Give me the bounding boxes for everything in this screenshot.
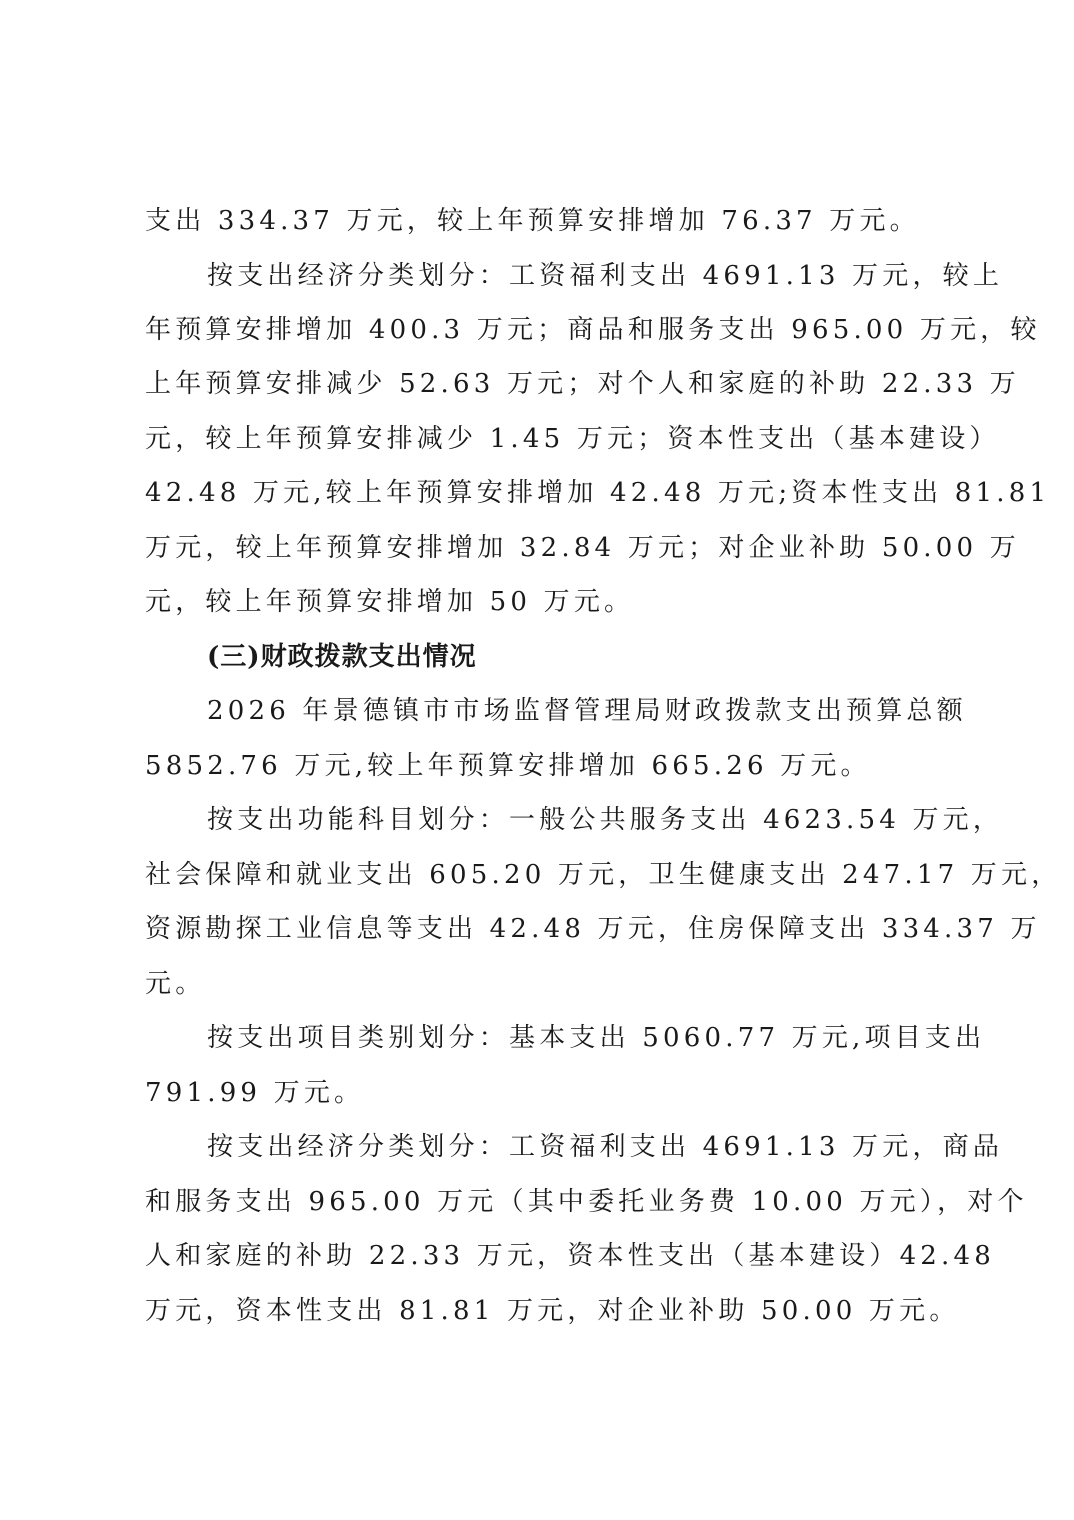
- paragraph-line: 2026 年景德镇市市场监督管理局财政拨款支出预算总额: [207, 694, 967, 728]
- paragraph-line: 按支出功能科目划分：一般公共服务支出 4623.54 万元，: [207, 803, 1003, 837]
- paragraph-line: 资源勘探工业信息等支出 42.48 万元，住房保障支出 334.37 万: [145, 912, 1041, 946]
- paragraph-line: 社会保障和就业支出 605.20 万元，卫生健康支出 247.17 万元，: [145, 858, 1061, 892]
- paragraph-line: 元，较上年预算安排增加 50 万元。: [145, 585, 634, 619]
- paragraph-line: 万元，较上年预算安排增加 32.84 万元；对企业补助 50.00 万: [145, 531, 1020, 565]
- section-heading: (三)财政拨款支出情况: [207, 640, 477, 674]
- paragraph-line: 万元，资本性支出 81.81 万元，对企业补助 50.00 万元。: [145, 1294, 960, 1328]
- paragraph-line: 5852.76 万元,较上年预算安排增加 665.26 万元。: [145, 749, 871, 783]
- paragraph-line: 42.48 万元,较上年预算安排增加 42.48 万元;资本性支出 81.81: [145, 476, 1050, 510]
- paragraph-line: 支出 334.37 万元，较上年预算安排增加 76.37 万元。: [145, 204, 920, 238]
- paragraph-line: 按支出经济分类划分：工资福利支出 4691.13 万元，商品: [207, 1130, 1003, 1164]
- paragraph-line: 和服务支出 965.00 万元（其中委托业务费 10.00 万元），对个: [145, 1185, 1028, 1219]
- paragraph-line: 年预算安排增加 400.3 万元；商品和服务支出 965.00 万元，较: [145, 313, 1041, 347]
- paragraph-line: 元，较上年预算安排减少 1.45 万元；资本性支出（基本建设）: [145, 422, 1000, 456]
- paragraph-line: 元。: [145, 967, 205, 1001]
- paragraph-line: 人和家庭的补助 22.33 万元，资本性支出（基本建设）42.48: [145, 1239, 995, 1273]
- paragraph-line: 按支出项目类别划分：基本支出 5060.77 万元,项目支出: [207, 1021, 985, 1055]
- paragraph-line: 791.99 万元。: [145, 1076, 364, 1110]
- paragraph-line: 上年预算安排减少 52.63 万元；对个人和家庭的补助 22.33 万: [145, 367, 1020, 401]
- paragraph-line: 按支出经济分类划分：工资福利支出 4691.13 万元，较上: [207, 259, 1003, 293]
